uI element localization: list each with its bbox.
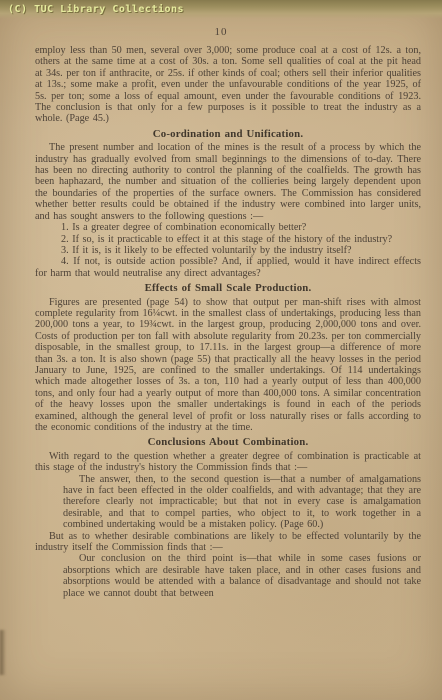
page-number: 10 <box>0 26 442 38</box>
numbered-question: 4. If not, is outside action possible? A… <box>35 256 421 279</box>
scan-edge-shadow <box>0 630 6 675</box>
section-heading: Effects of Small Scale Production. <box>35 283 421 294</box>
body-paragraph: The present number and location of the m… <box>35 142 421 222</box>
block-quote: Our conclusion on the third point is—tha… <box>63 553 421 599</box>
section-heading: Conclusions About Combination. <box>35 437 421 448</box>
body-paragraph: employ less than 50 men, several over 3,… <box>35 45 421 125</box>
section-heading: Co-ordination and Unification. <box>35 129 421 140</box>
numbered-question: 2. If so, is it practicable to effect it… <box>35 234 421 245</box>
numbered-question: 1. Is a greater degree of combination ec… <box>35 222 421 233</box>
block-quote: The answer, then, to the second question… <box>63 474 421 531</box>
scanned-page: (C) TUC Library Collections 10 employ le… <box>0 0 442 700</box>
page-body: employ less than 50 men, several over 3,… <box>35 45 421 599</box>
body-paragraph: But as to whether desirable combinations… <box>35 531 421 554</box>
library-watermark: (C) TUC Library Collections <box>8 4 184 15</box>
numbered-question: 3. If it is, is it likely to be effected… <box>35 245 421 256</box>
body-paragraph: With regard to the question whether a gr… <box>35 451 421 474</box>
body-paragraph: Figures are presented (page 54) to show … <box>35 297 421 434</box>
